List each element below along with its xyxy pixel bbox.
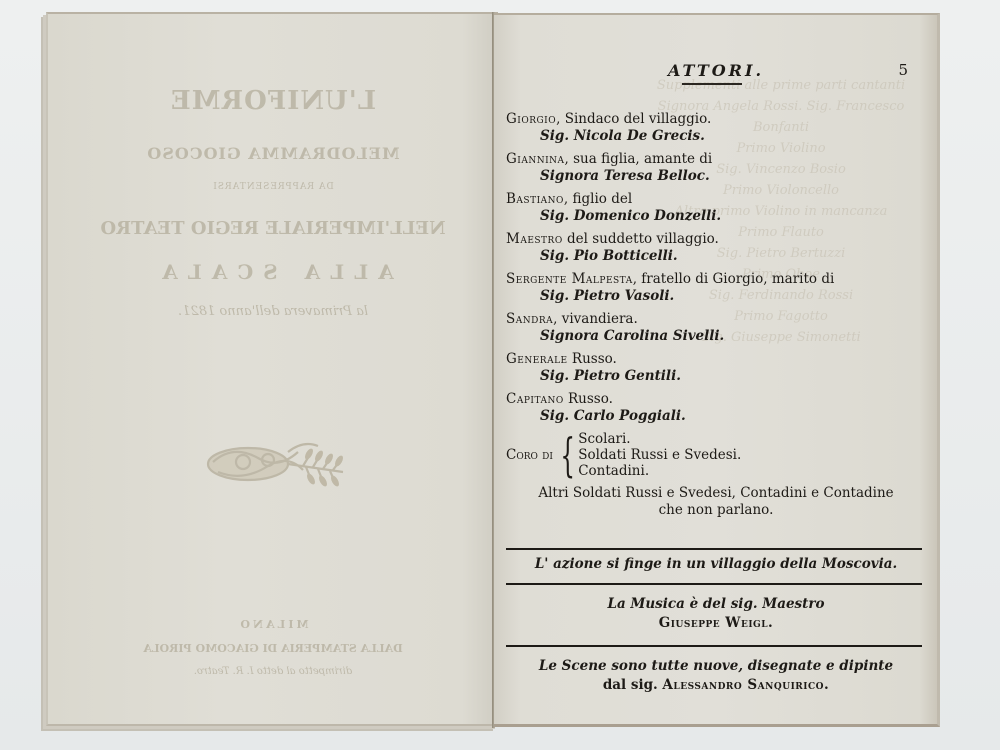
actor-name: Signora Teresa Belloc.: [506, 168, 926, 185]
role-description: , fratello di Giorgio, marito di: [633, 271, 835, 287]
bleed-line6: la Primavera dell'anno 1821.: [48, 304, 498, 319]
non-speaking-extras: Altri Soldati Russi e Svedesi, Contadini…: [506, 485, 926, 519]
role-line: Generale Russo.: [506, 351, 926, 368]
bleed-imprint-printer: DALLA STAMPERIA DI GIACOMO PIROLA: [48, 642, 498, 655]
bleed-imprint-city: MILANO: [48, 618, 498, 631]
actor-name: Sig. Nicola De Grecis.: [506, 128, 926, 145]
curly-brace-icon: {: [560, 432, 575, 478]
role-description: del suddetto villaggio.: [563, 231, 719, 247]
role-description: , sua figlia, amante di: [565, 151, 713, 167]
scenery-credit-line-1: Le Scene sono tutte nuove, disegnate e d…: [506, 657, 926, 676]
bleed-line4: NELL'IMPERIALE REGIO TEATRO: [48, 218, 498, 239]
cast-entry: Maestro del suddetto villaggio. Sig. Pio…: [506, 231, 926, 265]
role-name: Capitano: [506, 391, 564, 407]
actor-name: Sig. Domenico Donzelli.: [506, 208, 926, 225]
role-description: Russo.: [564, 391, 613, 407]
music-credit: La Musica è del sig. Maestro Giuseppe We…: [506, 595, 926, 633]
chorus-members: Scolari. Soldati Russi e Svedesi. Contad…: [578, 431, 741, 479]
role-line: Sandra, vivandiera.: [506, 311, 926, 328]
open-book: L'UNIFORME MELODRAMMA GIOCOSO DA RAPPRES…: [40, 8, 940, 738]
chorus-member: Contadini.: [578, 463, 741, 479]
title-underline: [682, 83, 742, 85]
role-name: Generale: [506, 351, 568, 367]
role-name: Sandra: [506, 311, 553, 327]
role-name: Giannina: [506, 151, 565, 167]
role-description: , figlio del: [564, 191, 632, 207]
page-number: 5: [898, 61, 908, 79]
cast-entry: Giannina, sua figlia, amante di Signora …: [506, 151, 926, 185]
cast-entry: Sandra, vivandiera. Signora Carolina Siv…: [506, 311, 926, 345]
cast-entry: Sergente Malpesta, fratello di Giorgio, …: [506, 271, 926, 305]
role-line: Bastiano, figlio del: [506, 191, 926, 208]
extras-line-2: che non parlano.: [506, 502, 926, 519]
actor-name: Sig. Carlo Poggiali.: [506, 408, 926, 425]
bleed-title: L'UNIFORME: [48, 86, 498, 116]
scenery-credit: Le Scene sono tutte nuove, disegnate e d…: [506, 657, 926, 695]
role-description: , Sindaco del villaggio.: [556, 111, 711, 127]
chorus-member: Scolari.: [578, 431, 741, 447]
role-line: Giorgio, Sindaco del villaggio.: [506, 111, 926, 128]
bleed-line5: ALLA SCALA: [48, 260, 498, 284]
cast-entry: Generale Russo. Sig. Pietro Gentili.: [506, 351, 926, 385]
cast-list: Giorgio, Sindaco del villaggio. Sig. Nic…: [506, 111, 926, 519]
actor-name: Sig. Pietro Vasoli.: [506, 288, 926, 305]
scenery-credit-line-2: dal sig. Alessandro Sanquirico.: [506, 676, 926, 695]
role-line: Capitano Russo.: [506, 391, 926, 408]
actor-name: Sig. Pio Botticelli.: [506, 248, 926, 265]
cast-entry: Bastiano, figlio del Sig. Domenico Donze…: [506, 191, 926, 225]
cast-entry: Capitano Russo. Sig. Carlo Poggiali.: [506, 391, 926, 425]
role-description: , vivandiera.: [553, 311, 638, 327]
bleed-line3: DA RAPPRESENTARSI: [48, 182, 498, 192]
role-line: Sergente Malpesta, fratello di Giorgio, …: [506, 271, 926, 288]
horizontal-rule: [506, 583, 922, 585]
cast-entry: Giorgio, Sindaco del villaggio. Sig. Nic…: [506, 111, 926, 145]
actor-name: Sig. Pietro Gentili.: [506, 368, 926, 385]
actor-name: Signora Carolina Sivelli.: [506, 328, 926, 345]
horizontal-rule: [506, 548, 922, 550]
role-line: Giannina, sua figlia, amante di: [506, 151, 926, 168]
role-name: Giorgio: [506, 111, 556, 127]
role-name: Maestro: [506, 231, 563, 247]
scenographer-name: Alessandro Sanquirico.: [662, 677, 829, 693]
chorus-member: Soldati Russi e Svedesi.: [578, 447, 741, 463]
composer-name: Giuseppe Weigl.: [506, 614, 926, 633]
role-name: Sergente Malpesta: [506, 271, 633, 287]
bleed-imprint-address: dirimpetto al detto I. R. Teatro.: [48, 666, 498, 677]
page-title: ATTORI.: [506, 61, 926, 80]
cast-list-page: Supplementi alle prime parti cantanti Si…: [506, 15, 926, 724]
floral-vignette-icon: [188, 434, 358, 494]
bleed-subtitle: MELODRAMMA GIOCOSO: [48, 144, 498, 163]
horizontal-rule: [506, 645, 922, 647]
page-header: ATTORI. 5: [506, 61, 926, 91]
extras-line-1: Altri Soldati Russi e Svedesi, Contadini…: [506, 485, 926, 502]
chorus-block: Coro di { Scolari. Soldati Russi e Svede…: [506, 431, 926, 479]
setting-note: L' azione si finge in un villaggio della…: [506, 556, 926, 572]
role-name: Bastiano: [506, 191, 564, 207]
right-page: Supplementi alle prime parti cantanti Si…: [494, 13, 940, 727]
left-page: L'UNIFORME MELODRAMMA GIOCOSO DA RAPPRES…: [46, 12, 498, 726]
role-line: Maestro del suddetto villaggio.: [506, 231, 926, 248]
music-credit-line-1: La Musica è del sig. Maestro: [506, 595, 926, 614]
chorus-label: Coro di: [506, 447, 553, 463]
scenery-prefix: dal sig.: [603, 677, 663, 693]
bleed-through-title-page: L'UNIFORME MELODRAMMA GIOCOSO DA RAPPRES…: [48, 14, 498, 724]
role-description: Russo.: [568, 351, 617, 367]
